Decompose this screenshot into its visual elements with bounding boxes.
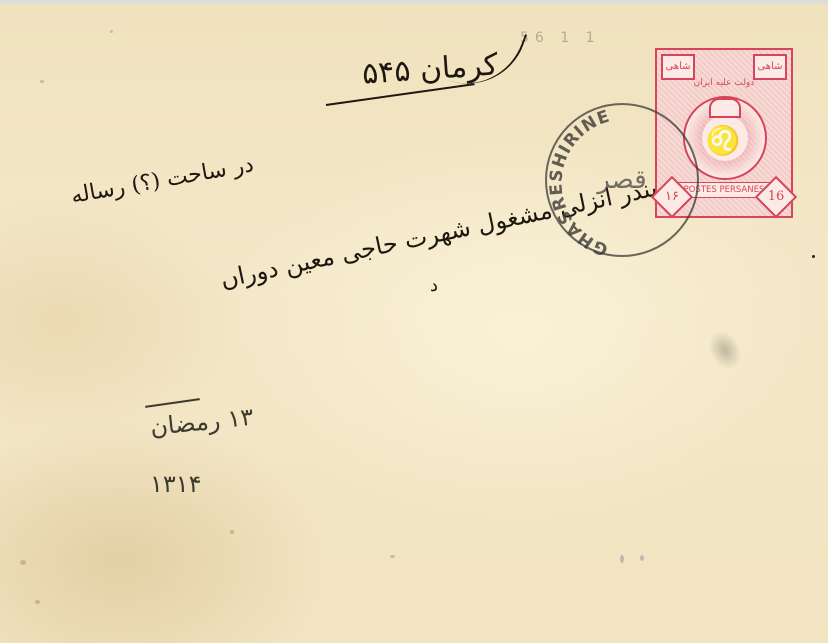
lion-icon: ♌ bbox=[697, 126, 749, 156]
reference-number: کرمان ۵۴۵ bbox=[361, 47, 499, 91]
foxing-spot bbox=[110, 30, 113, 33]
date-note: ۱۳ رمضان bbox=[149, 403, 255, 442]
foxing-spot bbox=[35, 600, 40, 604]
pencil-note: 56 1 1 bbox=[520, 30, 601, 46]
foxing-spot bbox=[620, 555, 624, 563]
postmark-center: قصر bbox=[587, 150, 657, 210]
foxing-spot bbox=[390, 555, 395, 558]
foxing-spot bbox=[640, 555, 644, 561]
foxing-spot bbox=[230, 530, 234, 534]
scan-top-edge bbox=[0, 0, 828, 5]
envelope: 56 1 1 کرمان ۵۴۵ در ساحت (؟) رساله در رش… bbox=[0, 0, 828, 643]
stamp-corner-inscription: شاهی bbox=[753, 54, 787, 80]
year-note: ۱۳۱۴ bbox=[150, 470, 202, 498]
crown-icon bbox=[709, 98, 741, 118]
postmark: GHASRESHIRINE قصر bbox=[545, 103, 699, 257]
stamp-banner: دولت علیه ایران bbox=[685, 78, 763, 92]
foxing-spot bbox=[40, 80, 44, 83]
foxing-spot bbox=[20, 560, 26, 565]
address-line-1: در ساحت (؟) رساله bbox=[69, 152, 255, 209]
stamp-corner-inscription: شاهی bbox=[661, 54, 695, 80]
ink-smudge bbox=[702, 325, 748, 375]
address-mark: د bbox=[430, 275, 438, 296]
date-underline bbox=[145, 398, 200, 408]
ink-dot bbox=[812, 255, 815, 258]
stamp-value-right-text: 16 bbox=[763, 184, 789, 210]
